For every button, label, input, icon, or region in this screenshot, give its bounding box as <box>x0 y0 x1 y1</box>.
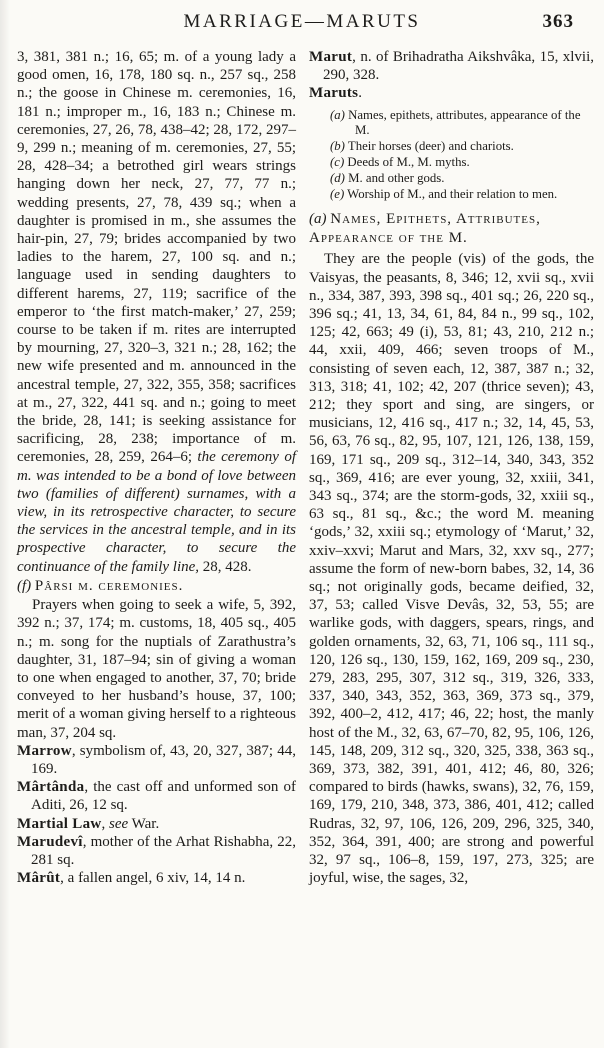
entry-term: Marudevî <box>17 834 83 850</box>
outline-text: M. and other gods. <box>348 171 444 185</box>
page-number: 363 <box>543 10 575 34</box>
entry-text: . <box>358 85 362 101</box>
parsi-subheading: (f) Pârsi m. ceremonies. <box>17 577 296 595</box>
running-title: MARRIAGE—MARUTS <box>0 10 604 34</box>
parsi-subheading-text: Pârsi m. ceremonies. <box>35 578 183 594</box>
entry-marrow: Marrow, symbolism of, 43, 20, 327, 387; … <box>17 742 296 778</box>
page-header: MARRIAGE—MARUTS 363 <box>0 10 604 42</box>
outline-item-e: (e) Worship of M., and their relation to… <box>330 187 594 203</box>
maruts-outline-list: (a) Names, epithets, attributes, appeara… <box>330 108 594 203</box>
entry-term: Marut <box>309 49 352 65</box>
continuation-italic-passage: the ceremony of m. was intended to be a … <box>17 449 296 574</box>
entry-marudevi: Marudevî, mother of the Arhat Rishabha, … <box>17 833 296 869</box>
entry-martanda: Mârtânda, the cast off and unformed son … <box>17 778 296 814</box>
outline-item-c: (c) Deeds of M., M. myths. <box>330 155 594 171</box>
outline-text: Names, epithets, attributes, appearance … <box>348 108 580 138</box>
parsi-subheading-label: (f) <box>17 578 31 594</box>
outline-item-d: (d) M. and other gods. <box>330 171 594 187</box>
left-column: 3, 381, 381 n.; 16, 65; m. of a young la… <box>17 48 296 888</box>
outline-label: (e) <box>330 187 344 201</box>
text-columns: 3, 381, 381 n.; 16, 65; m. of a young la… <box>0 42 604 888</box>
entry-term: Martial Law <box>17 816 102 832</box>
marriage-continuation-paragraph: 3, 381, 381 n.; 16, 65; m. of a young la… <box>17 48 296 576</box>
entry-term: Maruts <box>309 85 358 101</box>
outline-label: (d) <box>330 171 345 185</box>
parsi-paragraph: Prayers when going to seek a wife, 5, 39… <box>17 596 296 742</box>
entry-term: Mârût <box>17 870 60 886</box>
book-page: MARRIAGE—MARUTS 363 3, 381, 381 n.; 16, … <box>0 0 604 1048</box>
outline-label: (b) <box>330 139 345 153</box>
section-heading-text: Names, Epithets, Attributes, Appearance … <box>309 211 541 246</box>
outline-label: (a) <box>330 108 345 122</box>
outline-text: Their horses (deer) and chariots. <box>348 139 514 153</box>
entry-martial-law: Martial Law, see War. <box>17 815 296 833</box>
outline-item-b: (b) Their horses (deer) and chariots. <box>330 139 594 155</box>
continuation-roman-2: 28, 428. <box>203 559 252 575</box>
entry-text: War. <box>128 816 159 832</box>
outline-item-a: (a) Names, epithets, attributes, appeara… <box>330 108 594 140</box>
entry-maruts: Maruts. <box>309 84 594 102</box>
entry-marut-angel: Mârût, a fallen angel, 6 xiv, 14, 14 n. <box>17 869 296 887</box>
outline-text: Deeds of M., M. myths. <box>347 155 469 169</box>
outline-text: Worship of M., and their relation to men… <box>347 187 557 201</box>
entry-text: , n. of Brihadratha Aikshvâka, 15, xlvii… <box>323 49 594 83</box>
entry-term: Marrow <box>17 743 72 759</box>
entry-term: Mârtânda <box>17 779 84 795</box>
section-heading-names: (a) Names, Epithets, Attributes, Appeara… <box>309 210 594 248</box>
entry-marut-brihadratha: Marut, n. of Brihadratha Aikshvâka, 15, … <box>309 48 594 84</box>
outline-label: (c) <box>330 155 344 169</box>
names-epithets-paragraph: They are the people (vis) of the gods, t… <box>309 250 594 887</box>
entry-text: , a fallen angel, 6 xiv, 14, 14 n. <box>60 870 245 886</box>
continuation-roman-1: 3, 381, 381 n.; 16, 65; m. of a young la… <box>17 49 296 465</box>
section-heading-label: (a) <box>309 211 327 227</box>
entry-text: , <box>102 816 110 832</box>
see-reference: see <box>109 816 128 832</box>
right-column: Marut, n. of Brihadratha Aikshvâka, 15, … <box>309 48 594 888</box>
